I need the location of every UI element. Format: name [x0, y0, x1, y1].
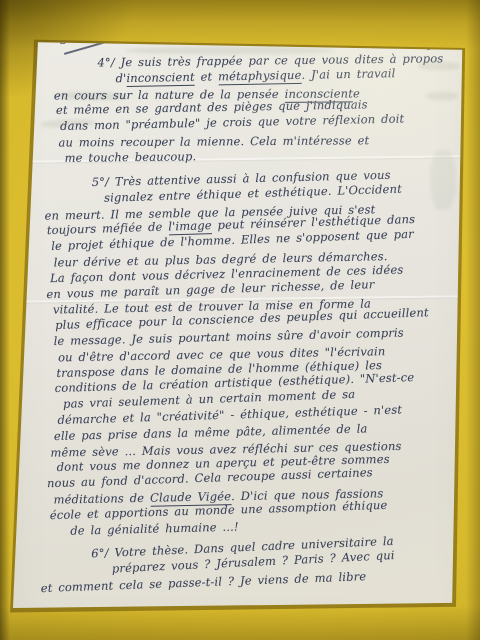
handwritten-line: en cours sur la nature de la pensée inco… — [54, 85, 474, 104]
ink-bleed-through — [40, 119, 96, 128]
handwritten-line: et même en se gardant des pièges que j'i… — [56, 96, 474, 119]
handwritten-line: au moins recouper la mienne. Cela m'inté… — [58, 133, 474, 152]
handwritten-line: le projet éthique de l'homme. Elles ne s… — [51, 225, 471, 255]
handwritten-line: 6°/ Votre thèse. Dans quel cadre univers… — [91, 530, 473, 562]
handwritten-line: me touche beaucoup. — [64, 146, 474, 167]
handwritten-line: conditions de la création artistique (es… — [54, 368, 474, 397]
handwritten-line: dans mon "préambule" je crois que votre … — [60, 110, 474, 135]
handwritten-line: ou d'être d'accord avec ce que vous dite… — [58, 342, 474, 366]
handwritten-line: méditations de Claude Vigée. D'ici que n… — [53, 484, 477, 508]
handwritten-line: elle pas prise dans la même pâte, alimen… — [54, 418, 476, 444]
ink-bleed-through — [430, 150, 456, 210]
handwritten-line: dont vous me donnez un aperçu et peut-êt… — [57, 450, 477, 476]
photo-of-letter: 3 4°/ Je suis très frappée par ce que vo… — [0, 0, 480, 640]
handwritten-line: préparez vous ? Jérusalem ? Paris ? Avec… — [112, 544, 474, 577]
handwritten-line: de la génialité humaine ...! — [70, 513, 478, 539]
handwritten-line: nous au fond d'accord. Cela recoupe auss… — [47, 461, 477, 491]
ink-bleed-through — [418, 62, 460, 70]
handwritten-line: pas vrai seulement à un certain moment d… — [63, 383, 475, 413]
handwritten-line: La façon dont vous décrivez l'enracineme… — [50, 260, 472, 286]
handwritten-line: le message. Je suis pourtant moins sûre … — [53, 323, 473, 349]
paragraph-6: 6°/ Votre thèse. Dans quel cadre univers… — [53, 530, 475, 595]
handwritten-line: transpose dans le domaine de l'homme (ét… — [56, 355, 474, 381]
letter-page: 3 4°/ Je suis très frappée par ce que vo… — [0, 0, 480, 640]
fold-crease — [18, 295, 462, 302]
handwritten-line: toujours méfiée de l'image peut réinsére… — [47, 210, 471, 239]
handwritten-line: vitalité. Le tout est de trouver la mise… — [53, 294, 473, 318]
paragraph-4: 4°/ Je suis très frappée par ce que vous… — [53, 51, 474, 167]
letter-body: 4°/ Je suis très frappée par ce que vous… — [40, 56, 474, 604]
ink-bleed-through — [426, 92, 458, 100]
handwritten-line: signalez entre éthique et esthétique. L'… — [104, 179, 470, 206]
ink-bleed-through — [125, 47, 335, 54]
handwritten-line: école et apportions au monde une assompt… — [50, 494, 478, 523]
handwritten-line: même sève ... Mais vous avez réfléchi su… — [50, 437, 476, 461]
ink-bleed-through — [55, 91, 127, 100]
fold-crease — [18, 155, 462, 162]
handwritten-line: 5°/ Très attentive aussi à la confusion … — [92, 165, 470, 190]
handwritten-line: en meurt. Il me semble que la pensée jui… — [44, 200, 470, 224]
handwritten-line: démarche et la "créativité" - éthique, e… — [57, 400, 475, 429]
handwritten-line: d'inconscient et métaphysique. J'ai un t… — [115, 64, 473, 86]
paragraph-5: 5°/ Très attentive aussi à la confusion … — [50, 165, 479, 538]
handwritten-line: et comment cela se passe-t-il ? Je viens… — [40, 565, 474, 597]
handwritten-line: en vous me paraît un gage de leur riches… — [46, 273, 472, 302]
handwritten-line: leur dérive et au plus bas degré de leur… — [54, 247, 472, 271]
handwritten-line: plus efficace pour la conscience des peu… — [55, 303, 473, 333]
handwritten-line: 4°/ Je suis très frappée par ce que vous… — [97, 51, 473, 71]
